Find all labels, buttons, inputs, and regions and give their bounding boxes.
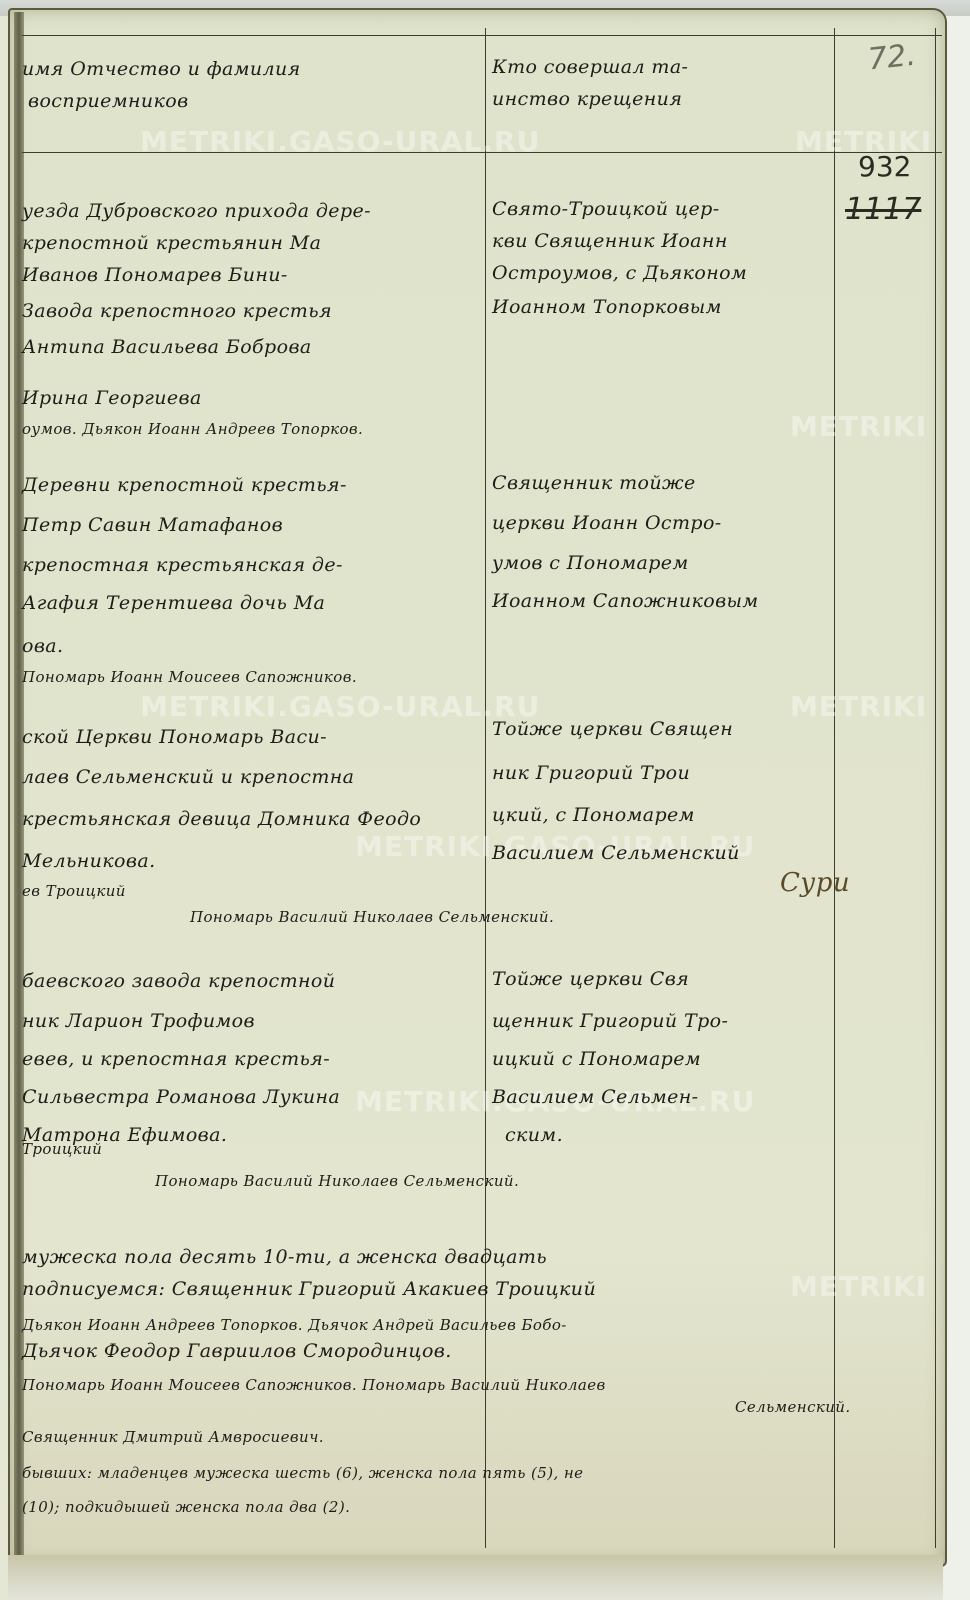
entry2-godparents-line: крепостная крестьянская де- (22, 554, 343, 576)
entry4-officiant-line: ским. (505, 1124, 563, 1146)
entry3-godparents-line: Мельникова. (22, 850, 156, 872)
entry4-note: Пономарь Василий Николаев Сельменский. (155, 1172, 519, 1190)
closing-line: Пономарь Иоанн Моисеев Сапожников. Поном… (22, 1376, 606, 1394)
entry3-officiant-line: Тойже церкви Священ (492, 718, 733, 740)
entry1-godparents-line: Антипа Васильева Боброва (22, 336, 312, 358)
entry1-officiant-line: Остроумов, с Дьяконом (492, 262, 747, 284)
header-col1-line1: имя Отчество и фамилия (22, 58, 301, 80)
entry4-officiant-line: Василием Сельмен- (492, 1086, 699, 1108)
entry4-godparents-line: Сильвестра Романова Лукина (22, 1086, 340, 1108)
closing-line: Дьячок Феодор Гавриилов Смородинцов. (22, 1340, 452, 1362)
closing-line: Священник Дмитрий Амвросиевич. (22, 1428, 324, 1446)
entry2-godparents-line: ова. (22, 635, 63, 657)
entry1-officiant-line: кви Священник Иоанн (492, 230, 728, 252)
entry4-officiant-line: ицкий с Пономарем (492, 1048, 701, 1070)
entry1-officiant-line: Иоанном Топорковым (492, 296, 722, 318)
entry1-godparents-line: Завода крепостного крестья (22, 300, 332, 322)
closing-line: Дьякон Иоанн Андреев Топорков. Дьячок Ан… (22, 1316, 567, 1334)
entry2-officiant-line: умов с Пономарем (492, 552, 689, 574)
entry2-godparents-line: Деревни крепостной крестья- (22, 474, 347, 496)
page-number: 72. (866, 38, 917, 78)
header-col2-line2: инство крещения (492, 88, 682, 110)
entry2-officiant-line: Иоанном Сапожниковым (492, 590, 759, 612)
entry2-godparents-line: Агафия Терентиева дочь Ма (22, 592, 325, 614)
entry1-officiant-line: Свято-Троицкой цер- (492, 198, 720, 220)
table-top-rule (22, 35, 942, 36)
entry1-godparents-line: Иванов Пономарев Бини- (22, 264, 288, 286)
closing-line: Сельменский. (735, 1398, 851, 1416)
header-col2-line1: Кто совершал та- (492, 56, 688, 78)
closing-line: подписуемся: Священник Григорий Акакиев … (22, 1278, 596, 1300)
entry4-note-left: Троицкий (22, 1140, 102, 1158)
entry3-godparents-line: крестьянская девица Домника Феодо (22, 808, 421, 830)
header-bottom-rule (22, 152, 942, 153)
entry1-godparents-line: Ирина Георгиева (22, 387, 202, 409)
entry3-officiant-line: Василием Сельменский (492, 842, 740, 864)
entry3-officiant-line: ник Григорий Трои (492, 762, 690, 784)
closing-line: (10); подкидышей женска пола два (2). (22, 1498, 350, 1516)
header-col1-line2: восприемников (28, 90, 189, 112)
record-number-struck: 1117 (845, 192, 921, 227)
entry4-officiant-line: Тойже церкви Свя (492, 968, 689, 990)
entry4-godparents-line: ник Ларион Трофимов (22, 1010, 255, 1032)
entry4-godparents-line: баевского завода крепостной (22, 970, 335, 992)
entry3-officiant-line: цкий, с Пономарем (492, 804, 695, 826)
column-divider-2 (834, 28, 835, 1548)
entry1-godparents-line: уезда Дубровского прихода дере- (22, 200, 371, 222)
entry3-note: Пономарь Василий Николаев Сельменский. (190, 908, 554, 926)
entry1-godparents-line: крепостной крестьянин Ма (22, 232, 321, 254)
entry3-godparents-line: лаев Сельменский и крепостна (22, 766, 354, 788)
entry3-note-left: ев Троицкий (22, 882, 126, 900)
page-bottom-edge (8, 1555, 943, 1600)
record-number: 932 (858, 150, 911, 183)
closing-line: мужеска пола десять 10-ти, а женска двад… (22, 1246, 547, 1268)
entry3-godparents-line: ской Церкви Пономарь Васи- (22, 726, 327, 748)
column-divider-3 (935, 28, 936, 1548)
entry2-note: Пономарь Иоанн Моисеев Сапожников. (22, 668, 357, 686)
entry4-godparents-line: евев, и крепостная крестья- (22, 1048, 330, 1070)
margin-signature: Сури (780, 868, 850, 898)
entry1-note: оумов. Дьякон Иоанн Андреев Топорков. (22, 420, 363, 438)
closing-line: бывших: младенцев мужеска шесть (6), жен… (22, 1464, 583, 1482)
entry2-officiant-line: церкви Иоанн Остро- (492, 512, 722, 534)
entry2-officiant-line: Священник тойже (492, 472, 696, 494)
entry2-godparents-line: Петр Савин Матафанов (22, 514, 283, 536)
entry4-officiant-line: щенник Григорий Тро- (492, 1010, 728, 1032)
